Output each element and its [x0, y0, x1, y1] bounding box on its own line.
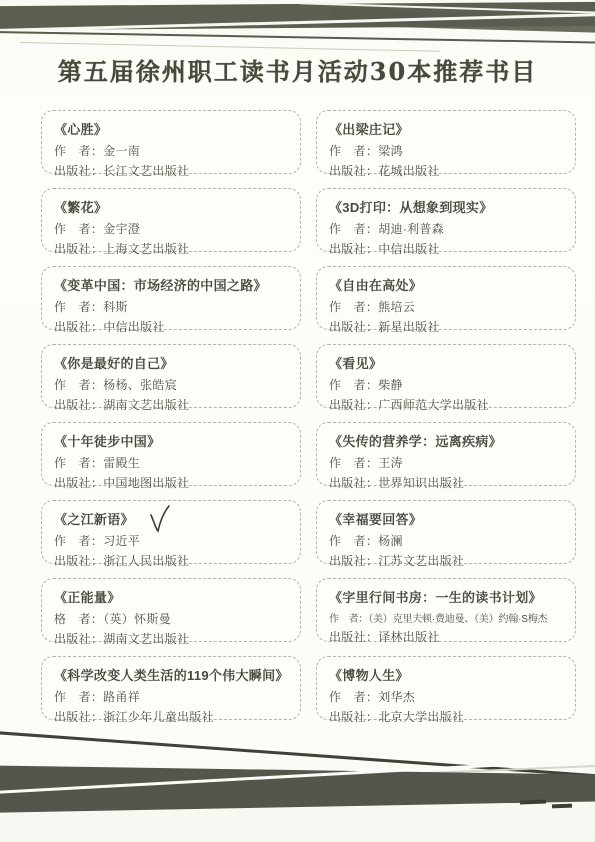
- scan-artifact-bottom-thin-line: [0, 731, 595, 778]
- book-card: 《科学改变人类生活的119个伟大瞬间》 作 者：路甬祥 出版社：浙江少年儿童出版…: [41, 656, 301, 720]
- book-author: 作 者：柴静: [329, 376, 565, 393]
- book-card: 《出梁庄记》 作 者：梁鸿 出版社：花城出版社: [316, 110, 576, 174]
- book-publisher: 出版社：江苏文艺出版社: [329, 552, 565, 569]
- book-publisher: 出版社：中信出版社: [329, 240, 565, 257]
- checkmark-pen-icon: [148, 505, 172, 535]
- scan-artifact-top-band: [0, 2, 595, 30]
- scanned-page: { "page": { "title": "第五届徐州职工读书月活动30本推荐书…: [0, 0, 595, 842]
- scan-artifact-top-band-right: [330, 9, 595, 33]
- book-title: 《十年徒步中国》: [54, 431, 290, 450]
- book-author: 作 者：习近平: [54, 532, 290, 549]
- book-author: 作 者：熊培云: [329, 298, 565, 315]
- book-publisher: 出版社：广西师范大学出版社: [329, 396, 565, 413]
- book-card: 《之江新语》 作 者：习近平 出版社：浙江人民出版社: [41, 500, 301, 564]
- book-publisher: 出版社：译林出版社: [329, 628, 565, 645]
- book-card: 《繁花》 作 者：金宇澄 出版社：上海文艺出版社: [41, 188, 301, 252]
- book-title: 《看见》: [329, 353, 565, 372]
- book-title: 《之江新语》: [54, 509, 290, 528]
- book-card: 《变革中国：市场经济的中国之路》 作 者：科斯 出版社：中信出版社: [41, 266, 301, 330]
- book-title: 《字里行间书房：一生的读书计划》: [329, 587, 565, 606]
- book-publisher: 出版社：长江文艺出版社: [54, 162, 290, 179]
- book-author: 作 者：科斯: [54, 298, 290, 315]
- book-title: 《出梁庄记》: [329, 119, 565, 138]
- book-publisher: 出版社：新星出版社: [329, 318, 565, 335]
- book-title: 《3D打印：从想象到现实》: [329, 197, 565, 216]
- book-publisher: 出版社：世界知识出版社: [329, 474, 565, 491]
- book-list: 《心胜》 作 者：金一南 出版社：长江文艺出版社 《出梁庄记》 作 者：梁鸿 出…: [41, 110, 576, 720]
- book-author: 作 者：梁鸿: [329, 142, 565, 159]
- scan-artifact-bottom-white-line: [0, 757, 595, 794]
- book-author: 作 者：胡迪·利普森: [329, 220, 565, 237]
- book-author: 作 者：杨澜: [329, 532, 565, 549]
- book-title: 《幸福要回答》: [329, 509, 565, 528]
- book-card: 《十年徒步中国》 作 者：雷殿生 出版社：中国地图出版社: [41, 422, 301, 486]
- book-author: 作 者：王涛: [329, 454, 565, 471]
- book-publisher: 出版社：中信出版社: [54, 318, 290, 335]
- scan-artifact-top-white-line-2: [300, 2, 595, 13]
- book-publisher: 出版社：浙江人民出版社: [54, 552, 290, 569]
- book-publisher: 出版社：湖南文艺出版社: [54, 630, 290, 647]
- book-card: 《自由在高处》 作 者：熊培云 出版社：新星出版社: [316, 266, 576, 330]
- book-card: 《失传的营养学：远离疾病》 作 者：王涛 出版社：世界知识出版社: [316, 422, 576, 486]
- book-card: 《3D打印：从想象到现实》 作 者：胡迪·利普森 出版社：中信出版社: [316, 188, 576, 252]
- book-title: 《自由在高处》: [329, 275, 565, 294]
- book-author: 作 者：金一南: [54, 142, 290, 159]
- book-title: 《失传的营养学：远离疾病》: [329, 431, 565, 450]
- book-card: 《心胜》 作 者：金一南 出版社：长江文艺出版社: [41, 110, 301, 174]
- book-publisher: 出版社：湖南文艺出版社: [54, 396, 290, 413]
- scan-artifact-top-white-line: [0, 13, 595, 32]
- book-publisher: 出版社：中国地图出版社: [54, 474, 290, 491]
- book-author: 作 者：雷殿生: [54, 454, 290, 471]
- book-author: 作 者：金宇澄: [54, 220, 290, 237]
- book-publisher: 出版社：上海文艺出版社: [54, 240, 290, 257]
- book-card: 《字里行间书房：一生的读书计划》 作 者：（美）克里夫顿·费迪曼、（美）约翰·S…: [316, 578, 576, 642]
- scan-artifact-bottom-dash: [520, 800, 546, 805]
- book-publisher: 出版社：北京大学出版社: [329, 708, 565, 725]
- book-card: 《正能量》 格 者：（英）怀斯曼 出版社：湖南文艺出版社: [41, 578, 301, 642]
- book-title: 《你是最好的自己》: [54, 353, 290, 372]
- page-title: 第五届徐州职工读书月活动30本推荐书目: [0, 52, 595, 87]
- book-author: 作 者：（美）克里夫顿·费迪曼、（美）约翰·S梅杰: [329, 610, 565, 625]
- book-publisher: 出版社：花城出版社: [329, 162, 565, 179]
- scan-artifact-top-thin-line: [0, 31, 595, 44]
- book-title: 《变革中国：市场经济的中国之路》: [54, 275, 290, 294]
- book-card: 《看见》 作 者：柴静 出版社：广西师范大学出版社: [316, 344, 576, 408]
- book-author: 格 者：（英）怀斯曼: [54, 610, 290, 627]
- scan-artifact-bottom-faint-line: [260, 764, 595, 781]
- book-card: 《幸福要回答》 作 者：杨澜 出版社：江苏文艺出版社: [316, 500, 576, 564]
- book-author: 作 者：路甬祥: [54, 688, 290, 705]
- book-card: 《你是最好的自己》 作 者：杨杨、张皓宸 出版社：湖南文艺出版社: [41, 344, 301, 408]
- scan-artifact-bottom-dash: [552, 804, 572, 809]
- book-author: 作 者：刘华杰: [329, 688, 565, 705]
- book-card: 《博物人生》 作 者：刘华杰 出版社：北京大学出版社: [316, 656, 576, 720]
- book-author: 作 者：杨杨、张皓宸: [54, 376, 290, 393]
- scan-artifact-top-faint-line: [20, 42, 440, 52]
- book-title: 《博物人生》: [329, 665, 565, 684]
- book-title: 《科学改变人类生活的119个伟大瞬间》: [54, 665, 290, 684]
- book-title: 《心胜》: [54, 119, 290, 138]
- book-title: 《繁花》: [54, 197, 290, 216]
- book-publisher: 出版社：浙江少年儿童出版社: [54, 708, 290, 725]
- book-title: 《正能量》: [54, 587, 290, 606]
- scan-artifact-bottom-band: [0, 760, 595, 816]
